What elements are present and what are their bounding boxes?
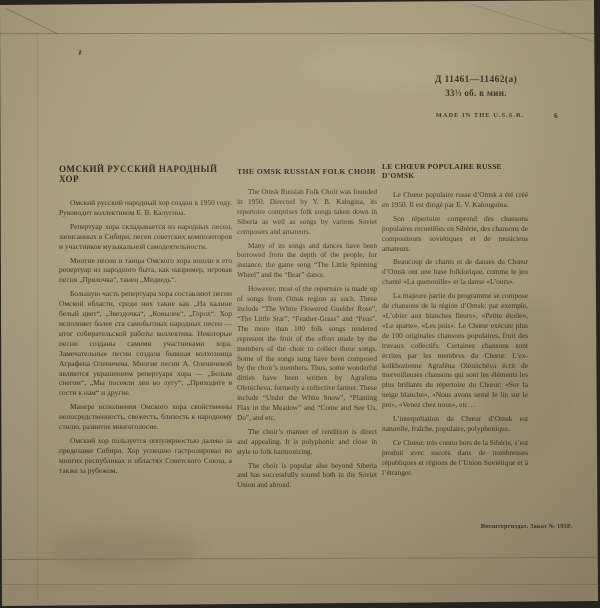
paragraph: Many of its songs and dances have been b…: [237, 241, 377, 281]
paragraph: Манере исполнения Омского хора свойствен…: [59, 402, 232, 432]
column-english: THE OMSK RUSSIAN FOLK CHOIR The Omsk Rus…: [237, 167, 377, 494]
paragraph: Репертуар хора складывается из народных …: [59, 222, 232, 252]
paragraph: The choir is popular also beyond Siberia…: [237, 461, 377, 491]
paragraph: Омский русский народный хор создан в 195…: [59, 198, 232, 218]
paragraph: The choir’s manner of rendition is direc…: [237, 427, 377, 457]
paragraph: Омский хор пользуется популярностью дале…: [59, 436, 232, 476]
column-russian: ОМСКИЙ РУССКИЙ НАРОДНЫЙ ХОР Омский русск…: [59, 164, 232, 480]
record-speed: 33⅓ об. в мин.: [395, 88, 557, 98]
top-left-crease: [6, 8, 58, 34]
paragraph: L’interprétation du Chœur d’Omsk est nat…: [382, 414, 528, 434]
top-right-crease: [472, 4, 599, 44]
sleeve-back-cover: Д 11461—11462(а) 33⅓ об. в мин. MADE IN …: [0, 0, 600, 608]
bottom-red-line: [0, 584, 600, 585]
top-seam-line: [0, 33, 600, 34]
catalog-block: Д 11461—11462(а) 33⅓ об. в мин.: [395, 75, 557, 98]
column-french: LE CHŒUR POPULAIRE RUSSE D’OMSK Le Chœur…: [382, 162, 528, 481]
left-fold-line: [37, 34, 38, 600]
paragraph: Son répertoire comprend des chansons pop…: [382, 214, 528, 254]
column-title-french: LE CHŒUR POPULAIRE RUSSE D’OMSK: [382, 162, 528, 180]
paragraph: Le Chœur populaire russe d’Omsk a été cr…: [382, 190, 528, 210]
side-number: 6: [554, 111, 558, 120]
bottom-seam-line: [0, 557, 600, 560]
made-in-ussr-label: MADE IN THE U.S.S.R.: [420, 112, 540, 119]
paragraph: However, most of the repertoire is made …: [237, 284, 377, 423]
catalog-number: Д 11461—11462(а): [395, 75, 557, 85]
paper-stain: [50, 530, 200, 570]
paragraph: La majeure partie du programme se compos…: [382, 291, 528, 410]
column-title-russian: ОМСКИЙ РУССКИЙ НАРОДНЫЙ ХОР: [59, 164, 232, 184]
paragraph: Большую часть репертуара хора составляют…: [59, 289, 232, 398]
ink-speck: [78, 50, 81, 55]
record-sleeve-photo: Д 11461—11462(а) 33⅓ об. в мин. MADE IN …: [0, 0, 600, 608]
paragraph: Beaucoup de chants et de danses du Chœur…: [382, 257, 528, 287]
publisher-imprint: Внешторгиздат. Заказ № 193Р.: [430, 523, 572, 530]
paragraph: The Omsk Russian Folk Choir was founded …: [237, 187, 377, 237]
paragraph: Многие песни и танцы Омского хора вошли …: [59, 256, 232, 286]
column-title-english: THE OMSK RUSSIAN FOLK CHOIR: [237, 167, 377, 176]
paragraph: Ce Chœur, très connu hors de la Sibérie,…: [382, 438, 528, 478]
